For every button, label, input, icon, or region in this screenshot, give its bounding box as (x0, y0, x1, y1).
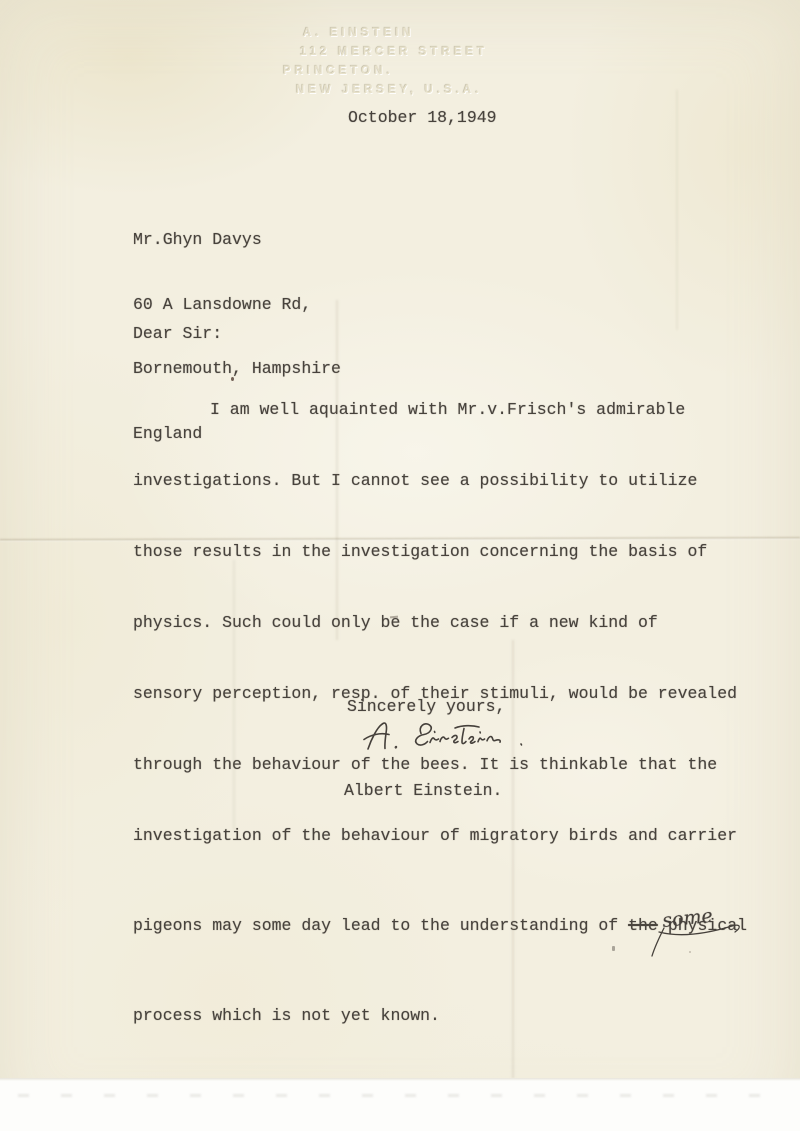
paper-speck (612, 946, 615, 951)
fold-crease-vertical (512, 640, 514, 1078)
body-line-corrected: pigeons may some day lead to the underst… (133, 916, 783, 949)
body-line: those results in the investigation conce… (133, 542, 783, 575)
body-line-last: process which is not yet known. (133, 1006, 783, 1039)
letterhead-name: A. EINSTEIN (303, 24, 583, 43)
body-line: physics. Such could only be the case if … (133, 613, 783, 646)
handwritten-word-some: some (661, 905, 713, 932)
handwritten-insertion: some (646, 906, 758, 960)
fold-crease-vertical (336, 300, 338, 640)
letterhead-street: 112 MERCER STREET (300, 43, 583, 62)
fold-crease-vertical (233, 560, 235, 830)
embossed-letterhead: A. EINSTEIN 112 MERCER STREET PRINCETON.… (283, 24, 583, 100)
signature: A. Einstein (358, 718, 568, 758)
body-line: investigations. But I cannot see a possi… (133, 471, 783, 504)
paper-speck (689, 951, 691, 953)
letterhead-city: PRINCETON. (283, 62, 583, 81)
scan-background-strip (0, 1078, 800, 1131)
scan-smudge (18, 1094, 778, 1097)
salutation: Dear Sir: (133, 324, 222, 343)
date-line: October 18,1949 (348, 108, 497, 127)
body-line: I am well aquainted with Mr.v.Frisch's a… (133, 400, 783, 433)
handwriting-slash (652, 928, 664, 956)
typed-signature-name: Albert Einstein. (344, 781, 502, 800)
letter-scan: A. EINSTEIN 112 MERCER STREET PRINCETON.… (0, 0, 800, 1131)
stray-ink-dot (231, 377, 234, 381)
letterhead-state: NEW JERSEY, U.S.A. (296, 81, 583, 100)
signature-handwriting: A. Einstein (358, 718, 558, 758)
recipient-street: 60 A Lansdowne Rd, (133, 294, 341, 316)
recipient-name: Mr.Ghyn Davys (133, 229, 341, 251)
corrected-line-prefix: pigeons may some day lead to the underst… (133, 916, 628, 935)
body-line: investigation of the behaviour of migrat… (133, 826, 783, 859)
fold-crease-vertical (676, 90, 678, 330)
closing-line: Sincerely yours, (347, 697, 505, 716)
